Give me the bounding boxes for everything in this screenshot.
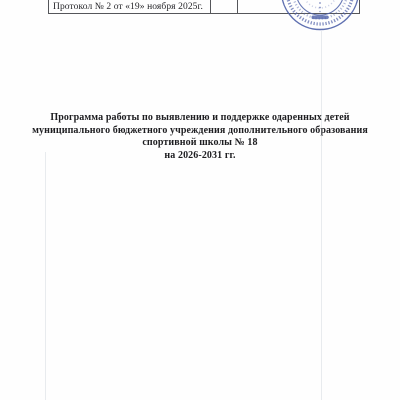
header-table-border-middle <box>237 0 238 13</box>
protocol-cell: Протокол № 2 от «19» ноября 2025г. <box>49 0 210 13</box>
title-line-3: спортивной школы № 18 <box>0 137 400 150</box>
protocol-line-text: Протокол № 2 от «19» ноября 2025г. <box>49 1 203 13</box>
scanned-document-page: Протокол № 2 от «19» ноября 2025г. Прогр… <box>0 0 400 400</box>
header-table-border-cell-right <box>210 0 211 13</box>
scan-artifact-line-left <box>45 152 46 400</box>
round-seal-stamp-icon <box>278 0 362 34</box>
title-line-1: Программа работы по выявлению и поддержк… <box>0 112 400 125</box>
title-line-2: муниципального бюджетного учреждения доп… <box>0 125 400 138</box>
title-line-4: на 2026-2031 гг. <box>0 150 400 163</box>
document-title: Программа работы по выявлению и поддержк… <box>0 112 400 162</box>
scan-artifact-line-right <box>321 31 322 400</box>
